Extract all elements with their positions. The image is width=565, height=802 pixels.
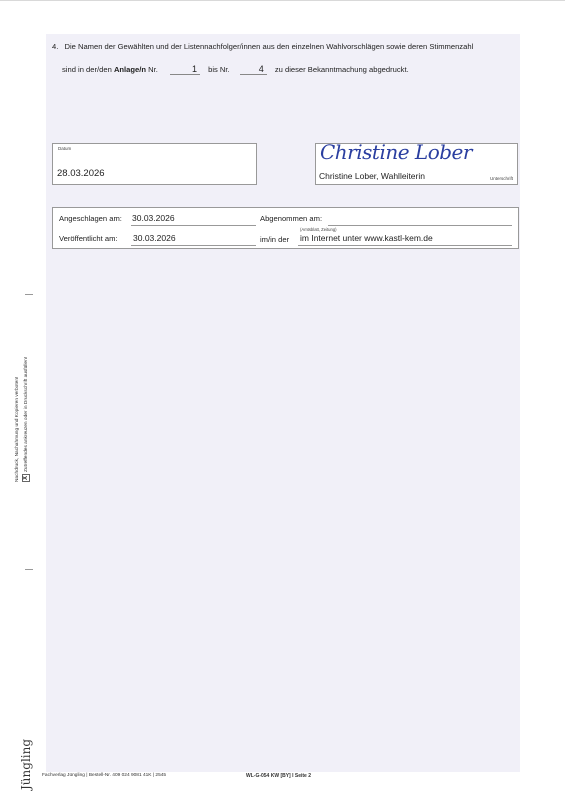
date-label: Datum: [58, 146, 71, 151]
section-4-text: Die Namen der Gewählten und der Listenna…: [64, 42, 473, 51]
removed-label: Abgenommen am:: [260, 214, 322, 223]
signer-name: Christine Lober, Wahlleiterin: [319, 171, 425, 181]
line2-prefix: sind in der/den: [62, 65, 114, 74]
signature-label: Unterschrift: [490, 176, 513, 181]
instruction-notice: Zutreffendes ankreuzen oder in Druckschr…: [24, 357, 29, 472]
handwritten-signature: Christine Lober: [320, 140, 472, 164]
annex-to-field[interactable]: 4: [240, 64, 267, 75]
fold-mark-top: [25, 294, 33, 295]
annex-from-field[interactable]: 1: [170, 64, 200, 75]
medium-underline: [298, 245, 512, 246]
section-4-line-1: 4. Die Namen der Gewählten und der Liste…: [52, 42, 473, 51]
posting-box: Angeschlagen am: 30.03.2026 Abgenommen a…: [52, 207, 519, 249]
published-date-field[interactable]: 30.03.2026: [133, 233, 176, 243]
copyright-notice: Nachdruck, Nachahmung und Kopieren verbo…: [15, 357, 20, 482]
bis-label: bis Nr.: [208, 65, 230, 74]
section-number: 4.: [52, 42, 58, 51]
top-edge-line: [0, 0, 565, 1]
line2-suffix: zu dieser Bekanntmachung abgedruckt.: [275, 65, 409, 74]
medium-field[interactable]: im Internet unter www.kastl-kem.de: [300, 233, 433, 243]
checkbox-icon: X: [22, 474, 30, 482]
footer-publisher: Fachverlag Jüngling | Bestell-Nr. 409 02…: [42, 773, 166, 778]
date-field[interactable]: 28.03.2026: [57, 168, 105, 179]
posted-label: Angeschlagen am:: [59, 214, 122, 223]
posted-underline: [131, 225, 256, 226]
removed-underline: [328, 225, 512, 226]
publisher-logo: Jüngling: [19, 739, 33, 790]
published-label: Veröffentlicht am:: [59, 234, 118, 243]
footer-form-id: WL-G-054 KW [BY] I Seite 2: [246, 773, 311, 779]
signature-box: Christine Lober Christine Lober, Wahllei…: [315, 143, 518, 185]
date-box: Datum 28.03.2026: [52, 143, 257, 185]
medium-label: im/in der: [260, 235, 289, 244]
section-4-line-2: sind in der/den Anlage/n Nr. 1 bis Nr. 4…: [62, 64, 409, 75]
nr-label: Nr.: [146, 65, 158, 74]
published-underline: [131, 245, 256, 246]
medium-hint: (Amtsblatt, Zeitung): [300, 227, 337, 232]
fold-mark-bottom: [25, 569, 33, 570]
annex-label: Anlage/n: [114, 65, 146, 74]
posted-date-field[interactable]: 30.03.2026: [132, 213, 175, 223]
side-notes: Nachdruck, Nachahmung und Kopieren verbo…: [15, 357, 30, 482]
